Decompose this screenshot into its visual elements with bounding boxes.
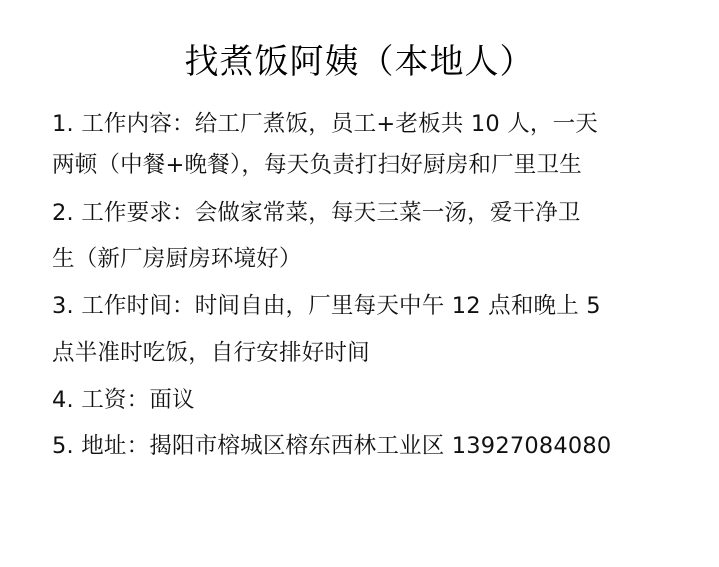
item-job-content-line-2: 两顿（中餐+晚餐），每天负责打扫好厨房和厂里卫生 — [52, 150, 582, 180]
item-job-requirements-line-2: 生（新厂房厨房环境好） — [52, 244, 302, 274]
item-salary-line-1: 4. 工资：面议 — [52, 385, 195, 415]
item-job-requirements-line-1: 2. 工作要求：会做家常菜，每天三菜一汤，爱干净卫 — [52, 198, 581, 228]
item-work-hours-line-1: 3. 工作时间：时间自由，厂里每天中午 12 点和晚上 5 — [52, 291, 601, 321]
item-work-hours-line-2: 点半准时吃饭，自行安排好时间 — [52, 338, 370, 368]
posting-title: 找煮饭阿姨（本地人） — [0, 38, 719, 86]
item-address-line-1: 5. 地址：揭阳市榕城区榕东西林工业区 13927084080 — [52, 431, 611, 461]
item-job-content-line-1: 1. 工作内容：给工厂煮饭，员工+老板共 10 人，一天 — [52, 109, 598, 139]
